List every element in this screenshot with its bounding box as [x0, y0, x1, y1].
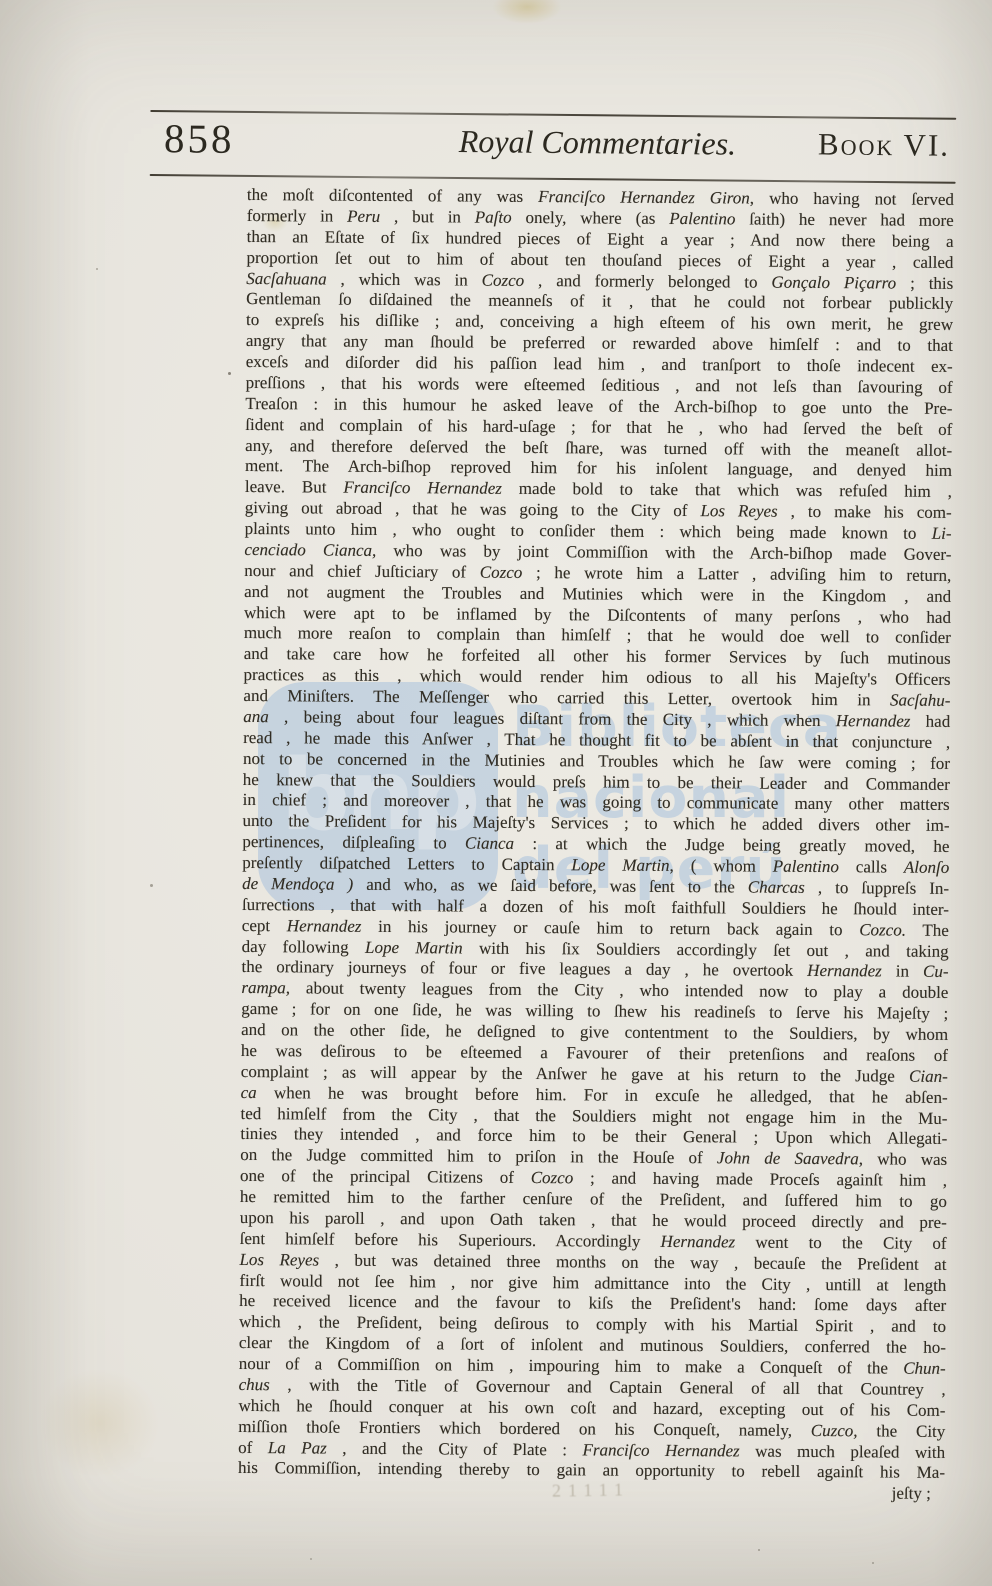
ink-speck	[758, 1549, 760, 1551]
ink-speck	[310, 1558, 312, 1560]
body-text: the moſt diſcontented of any was Franciſ…	[238, 185, 954, 1505]
running-title: Royal Commentaries.	[450, 123, 745, 163]
ink-speck	[872, 1562, 874, 1564]
book-page: 858 Royal Commentaries. Book VI. bnp Bib…	[0, 0, 992, 1586]
ink-speck	[150, 884, 153, 887]
header-rule-bottom	[150, 174, 956, 184]
book-label: Book VI.	[818, 126, 950, 163]
header-rule-top	[150, 110, 956, 120]
paper-stain	[492, 0, 562, 24]
ink-speck	[938, 642, 940, 644]
page-number: 858	[164, 114, 235, 163]
paper-stain	[40, 1368, 160, 1478]
page-header: 858 Royal Commentaries. Book VI.	[150, 104, 957, 186]
ink-speck	[96, 268, 98, 270]
ink-speck	[228, 372, 231, 375]
